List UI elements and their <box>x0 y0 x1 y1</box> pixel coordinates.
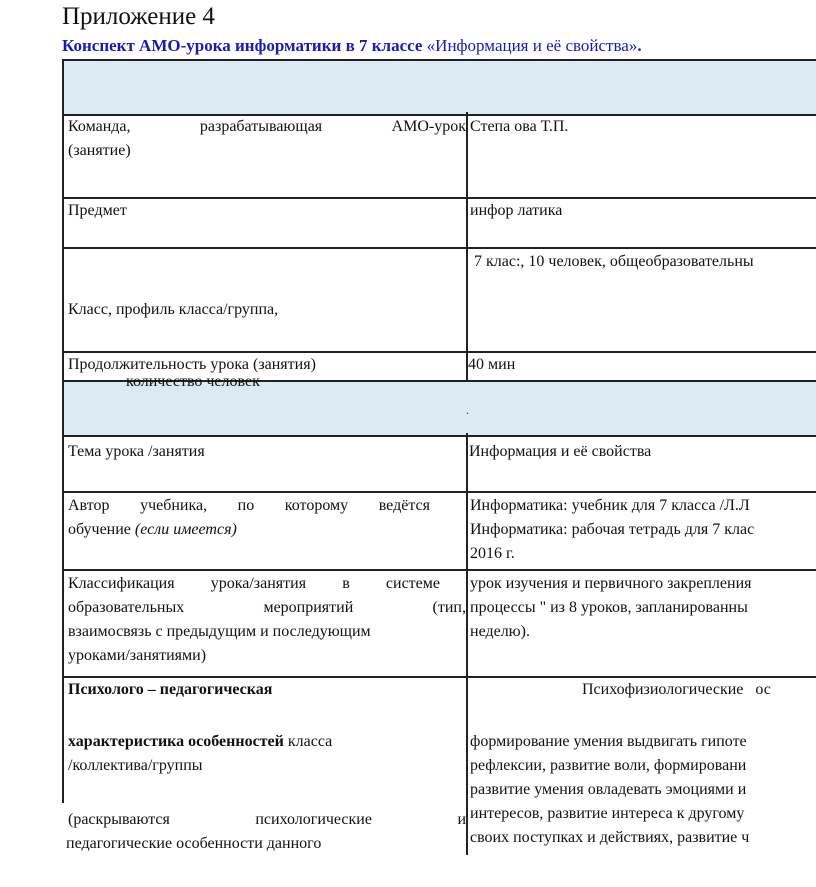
classif-label-line4: уроками/занятиями) <box>68 644 466 668</box>
psych-label-line5: педагогические особенности данного <box>66 832 466 856</box>
psych-label-line2: характеристика особенностей класса <box>68 730 466 754</box>
subtitle-end: . <box>637 36 641 55</box>
word: разрабатывающая <box>200 115 322 139</box>
author-label-line2: обучение (если имеется) <box>68 518 466 542</box>
psych-value-line: интересов, развитие интереса к другому <box>470 802 816 826</box>
author-value-line: Информатика: рабочая тетрадь для 7 клас <box>470 518 816 542</box>
row-classification-value: урок изучения и первичного закрепления п… <box>470 572 816 644</box>
classif-label-line1: Классификация урока/занятия в системе <box>68 572 440 596</box>
word: (раскрываются <box>68 808 170 832</box>
word: и <box>457 808 466 832</box>
row-psych-heading: Психофизиологические ос <box>582 678 771 702</box>
psych-value-line: формирование умения выдвигать гипоте <box>470 730 816 754</box>
classif-value-line: урок изучения и первичного закрепления <box>470 572 816 596</box>
row-divider <box>62 491 816 493</box>
row-class-value: 7 клас:, 10 человек, общеобразовательны <box>474 250 816 274</box>
author-label-line1: Автор учебника, по которому ведётся <box>68 494 430 518</box>
subtitle-topic: «Информация и её свойства» <box>422 36 637 55</box>
text: класса <box>284 733 332 750</box>
row-subject-label: Предмет <box>68 199 466 223</box>
document-subtitle: Конспект АМО-урока информатики в 7 класс… <box>62 35 642 57</box>
word: (тип, <box>433 596 466 620</box>
psych-label-line1: Психолого – педагогическая <box>68 678 466 702</box>
row-divider <box>62 569 816 571</box>
class-label-line1: Класс, профиль класса/группа, <box>68 298 466 322</box>
word: образовательных <box>68 596 184 620</box>
header-band-1 <box>62 59 816 116</box>
word: учебника, <box>140 494 207 518</box>
row-team-value: Степа ова Т.П. <box>470 115 816 139</box>
bold-text: Психолого – педагогическая <box>68 681 272 698</box>
classif-value-line: неделю). <box>470 620 816 644</box>
classif-label-line2: образовательных мероприятий (тип, <box>68 596 466 620</box>
team-label-line2: (занятие) <box>68 139 466 163</box>
row-divider <box>62 247 816 249</box>
table-left-border <box>62 433 64 803</box>
row-psych-label: Психолого – педагогическая <box>68 678 466 702</box>
word: психологические <box>255 808 372 832</box>
psych-value-line: рефлексии, развитие воли, формировани <box>470 754 816 778</box>
italic-note: (если имеется) <box>135 521 237 538</box>
word: Автор <box>68 494 110 518</box>
column-divider <box>466 433 468 855</box>
text: обучение <box>68 521 135 538</box>
column-divider <box>466 112 468 382</box>
row-classification-label: Классификация урока/занятия в системе об… <box>68 572 466 668</box>
psych-label-line4: (раскрываются психологические и <box>66 808 466 832</box>
classif-value-line: процессы " из 8 уроков, запланированны <box>470 596 816 620</box>
word: АМО-урок <box>392 115 466 139</box>
word: Классификация <box>68 572 175 596</box>
row-duration-value: 40 мин <box>468 353 816 377</box>
subtitle-bold: Конспект АМО-урока информатики в 7 класс… <box>62 36 422 55</box>
word: ведётся <box>379 494 430 518</box>
psych-value-line: своих поступках и действиях, развитие ч <box>470 826 816 850</box>
table-left-border <box>62 112 64 382</box>
row-psych-label-overflow: (раскрываются психологические и педагоги… <box>66 808 466 856</box>
appendix-title: Приложение 4 <box>62 2 215 32</box>
band-2-mark: . <box>466 403 469 418</box>
row-author-value: Информатика: учебник для 7 класса /Л.Л И… <box>470 494 816 566</box>
row-class-label: Класс, профиль класса/группа, количество… <box>68 250 466 442</box>
team-label-line1: Команда, разрабатывающая АМО-урок <box>68 115 466 139</box>
classif-label-line3: взаимосвязь с предыдущим и последующим <box>68 620 466 644</box>
row-author-label: Автор учебника, по которому ведётся обуч… <box>68 494 466 542</box>
row-subject-value: инфор латика <box>470 199 816 223</box>
author-value-line: Информатика: учебник для 7 класса /Л.Л <box>470 494 816 518</box>
psych-value-line: развитие умения овладевать эмоциями и <box>470 778 816 802</box>
word: которому <box>285 494 348 518</box>
word: по <box>238 494 255 518</box>
word: мероприятий <box>263 596 353 620</box>
word: в <box>342 572 350 596</box>
row-psych-label-cont: характеристика особенностей класса /колл… <box>68 730 466 778</box>
row-team-label: Команда, разрабатывающая АМО-урок (занят… <box>68 115 466 163</box>
psych-label-line3: /коллектива/группы <box>68 754 466 778</box>
word: системе <box>386 572 440 596</box>
row-topic-label: Тема урока /занятия <box>68 440 466 464</box>
bold-text: характеристика особенностей <box>68 733 284 750</box>
word: урока/занятия <box>211 572 306 596</box>
row-duration-label: Продолжительность урока (занятия) <box>68 353 466 377</box>
row-psych-value: формирование умения выдвигать гипоте реф… <box>470 730 816 850</box>
word: Команда, <box>68 115 131 139</box>
row-topic-value: Информация и её свойства <box>469 440 816 464</box>
author-value-line: 2016 г. <box>470 542 816 566</box>
